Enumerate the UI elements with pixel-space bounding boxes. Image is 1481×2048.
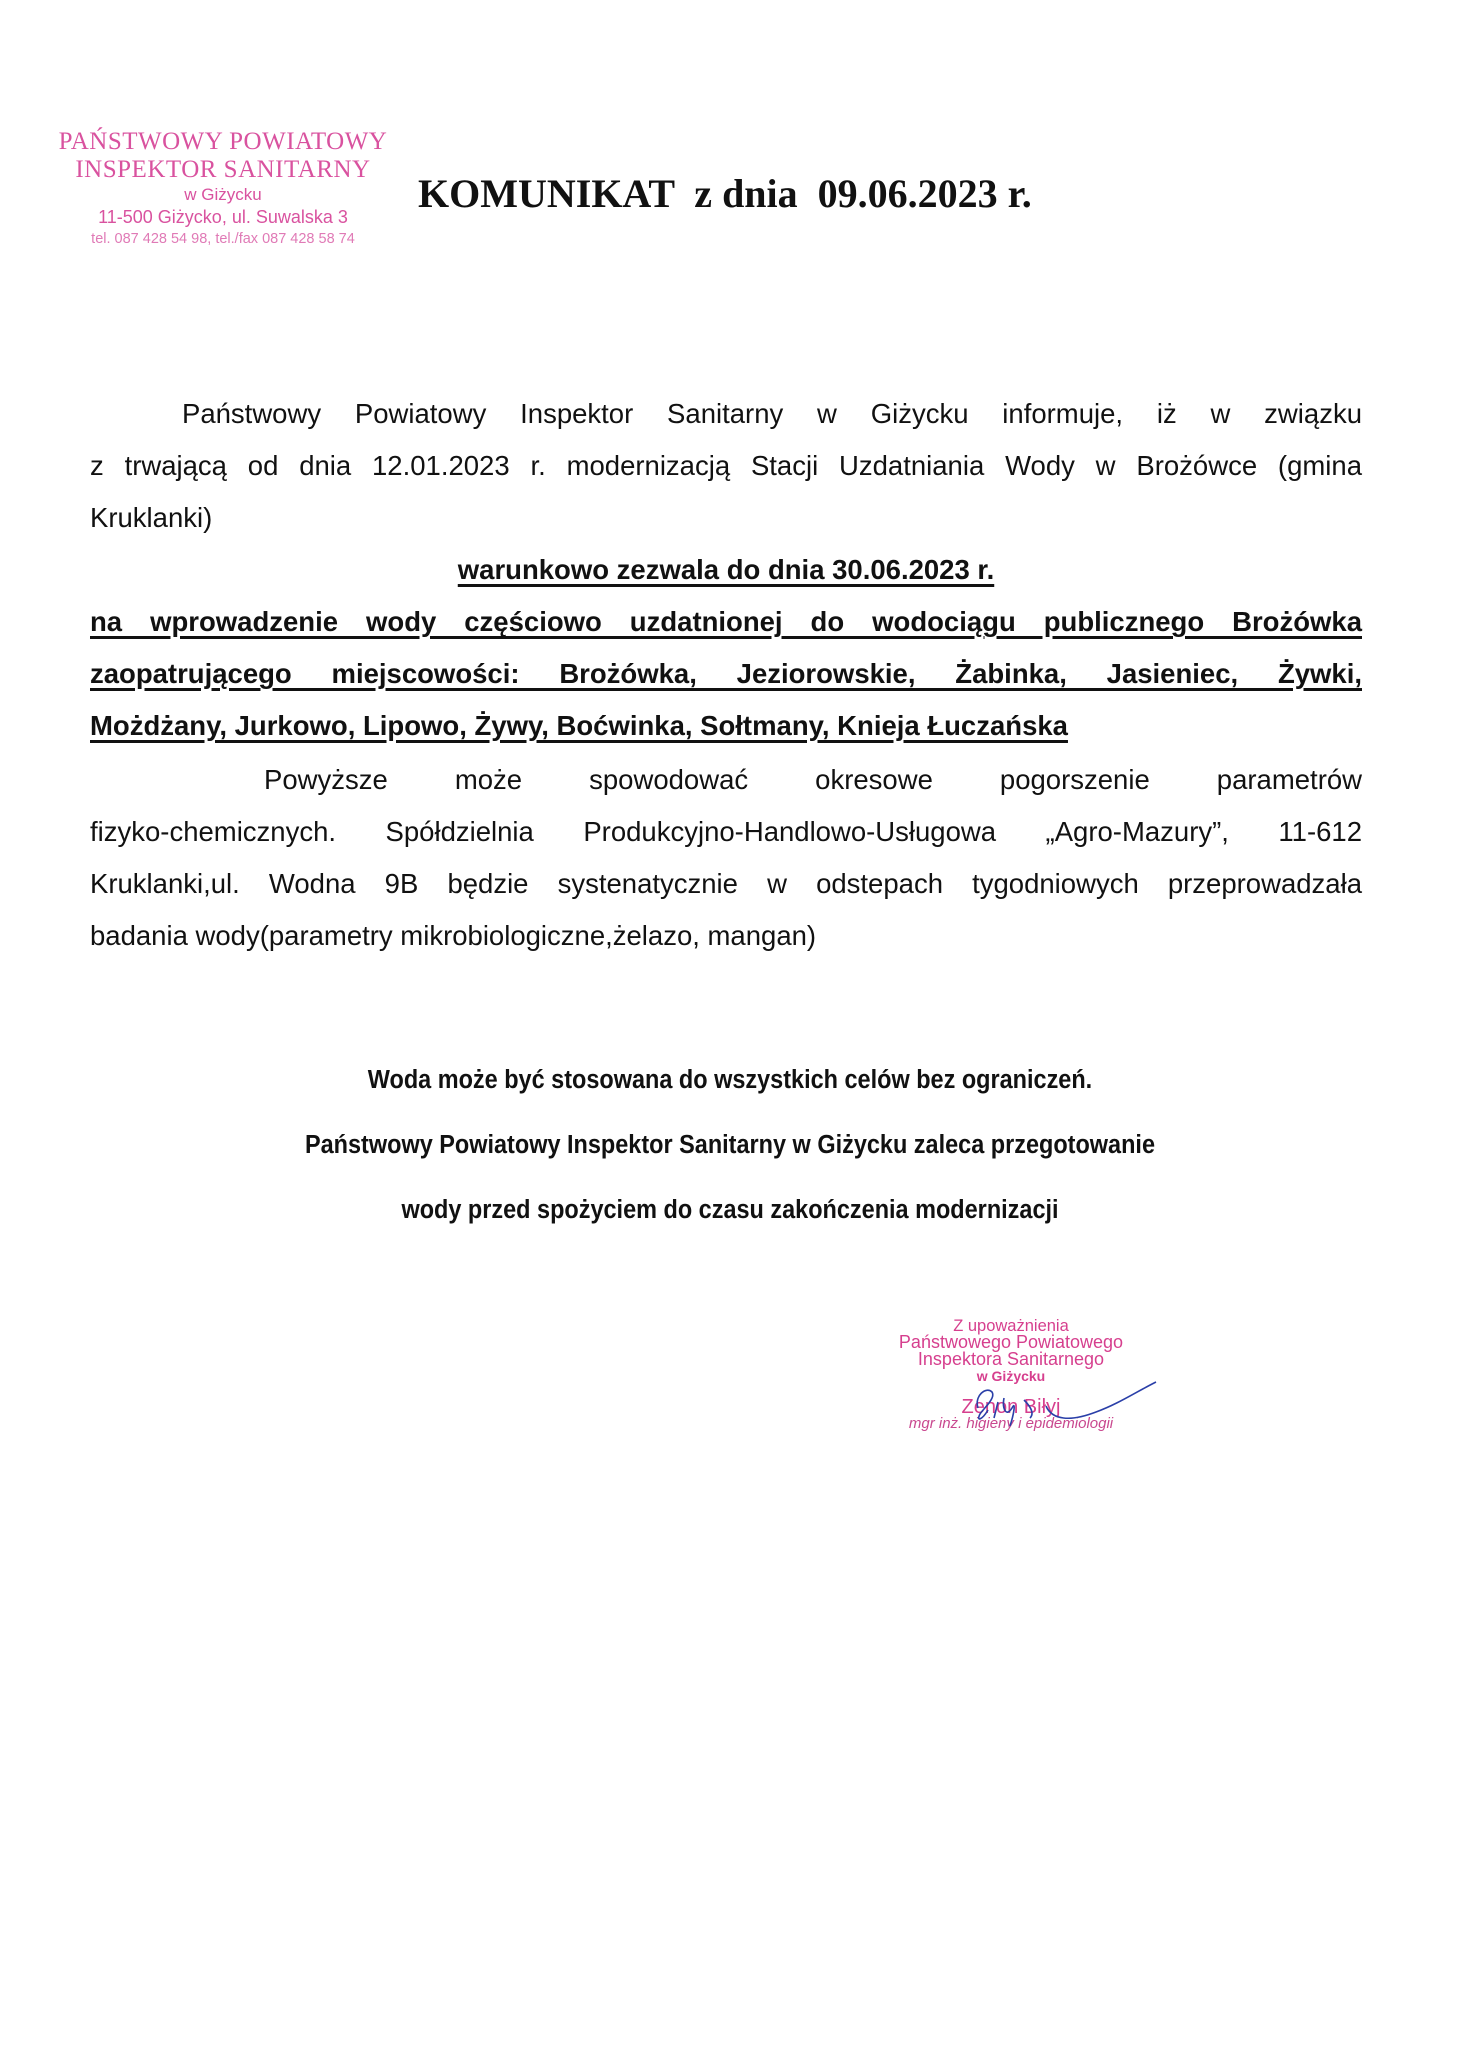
notice-line-1: Powyższe może spowodować okresowe pogors…: [90, 754, 1362, 806]
stamp-address: 11-500 Giżycko, ul. Suwalska 3: [38, 206, 408, 228]
handwritten-signature-icon: [856, 1378, 1166, 1438]
permission-line-2: zaopatrującego miejscowości: Brożówka, J…: [90, 648, 1362, 700]
permission-line-1: na wprowadzenie wody częściowo uzdatnion…: [90, 596, 1362, 648]
permission-heading: warunkowo zezwala do dnia 30.06.2023 r.: [458, 554, 994, 585]
stamp-line-2: INSPEKTOR SANITARNY: [38, 156, 408, 184]
permission-section: warunkowo zezwala do dnia 30.06.2023 r. …: [90, 544, 1362, 752]
stamp-line-1: PAŃSTWOWY POWIATOWY: [38, 128, 408, 156]
intro-line-2: z trwającą od dnia 12.01.2023 r. moderni…: [90, 440, 1362, 492]
issuer-stamp: PAŃSTWOWY POWIATOWY INSPEKTOR SANITARNY …: [38, 128, 408, 250]
intro-line-1: Państwowy Powiatowy Inspektor Sanitarny …: [90, 388, 1362, 440]
notice-line-4: badania wody(parametry mikrobiologiczne,…: [90, 910, 1362, 962]
intro-paragraph: Państwowy Powiatowy Inspektor Sanitarny …: [90, 388, 1362, 544]
signature-line-3: Inspektora Sanitarnego: [856, 1351, 1166, 1368]
closing-line-2: Państwowy Powiatowy Inspektor Sanitarny …: [242, 1113, 1217, 1178]
closing-statements: Woda może być stosowana do wszystkich ce…: [242, 1048, 1217, 1243]
intro-line-3: Kruklanki): [90, 492, 1362, 544]
notice-line-2: fizyko-chemicznych. Spółdzielnia Produkc…: [90, 806, 1362, 858]
closing-line-1: Woda może być stosowana do wszystkich ce…: [242, 1048, 1217, 1113]
stamp-phone: tel. 087 428 54 98, tel./fax 087 428 58 …: [38, 228, 408, 250]
notice-paragraph: Powyższe może spowodować okresowe pogors…: [90, 754, 1362, 962]
closing-line-3: wody przed spożyciem do czasu zakończeni…: [242, 1178, 1217, 1243]
signature-stamp: Z upoważnienia Państwowego Powiatowego I…: [856, 1318, 1166, 1432]
notice-line-3: Kruklanki,ul. Wodna 9B będzie systenatyc…: [90, 858, 1362, 910]
stamp-line-3: w Giżycku: [38, 184, 408, 206]
permission-line-3: Możdżany, Jurkowo, Lipowo, Żywy, Boćwink…: [90, 710, 1068, 741]
document-title: KOMUNIKAT z dnia 09.06.2023 r.: [418, 170, 1032, 217]
